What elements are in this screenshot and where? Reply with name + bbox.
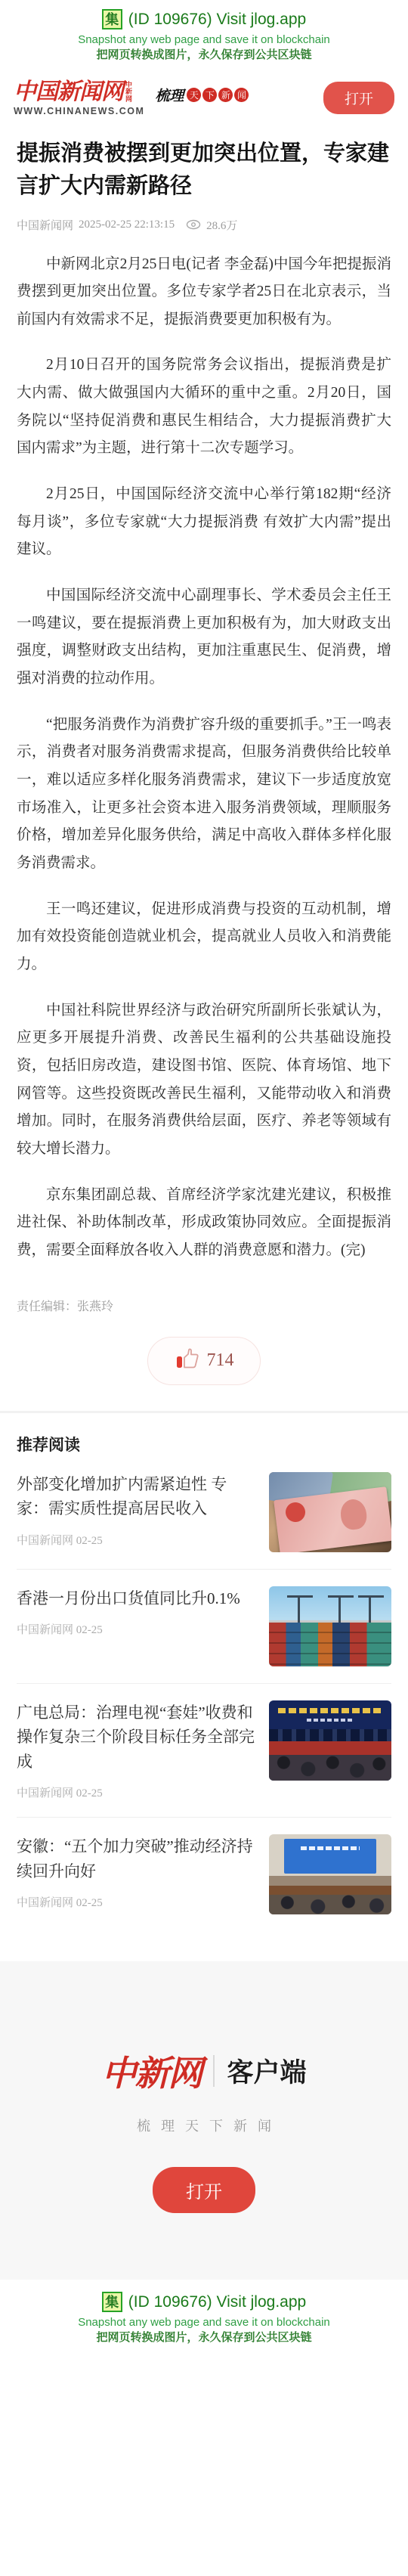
jlog-logo-icon: 集 bbox=[102, 9, 122, 29]
slogan-seal-4: 闻 bbox=[234, 88, 249, 102]
recommended-item-4[interactable]: 安徽：“五个加力突破”推动经济持续回升向好 中国新闻网 02-25 bbox=[17, 1818, 391, 1931]
footer-divider bbox=[213, 2055, 215, 2087]
article-title: 提振消费被摆到更加突出位置，专家建言扩大内需新路径 bbox=[17, 138, 391, 203]
like-count: 714 bbox=[207, 1350, 234, 1371]
footer-app-label: 客户端 bbox=[227, 2052, 306, 2090]
article-paragraph: 中国社科院世界经济与政治研究所副所长张斌认为，应更多开展提升消费、改善民生福利的… bbox=[17, 997, 391, 1164]
footer-slogan: 梳理天下新闻 bbox=[0, 2116, 408, 2135]
recommended-item-2[interactable]: 香港一月份出口货值同比升0.1% 中国新闻网 02-25 bbox=[17, 1570, 391, 1684]
eye-icon bbox=[186, 219, 201, 230]
recommended-source: 中国新闻网 02-25 bbox=[17, 1532, 257, 1548]
recommended-title: 广电总局：治理电视“套娃”收费和操作复杂三个阶段目标任务全部完成 bbox=[17, 1700, 257, 1775]
view-count: 28.6万 bbox=[206, 217, 237, 233]
chinanews-logo-side-text: 中新网 bbox=[125, 82, 132, 103]
article-paragraph: “把服务消费作为消费扩容升级的重要抓手。”王一鸣表示，消费者对服务消费需求提高，… bbox=[17, 711, 391, 878]
open-app-button-header[interactable]: 打开 bbox=[323, 82, 394, 114]
article-paragraph: 王一鸣还建议，促进形成消费与投资的互动机制，增加有效投资能创造就业机会，提高就业… bbox=[17, 896, 391, 979]
banknotes-thumbnail-image bbox=[269, 1472, 391, 1552]
press-conference-thumbnail-image bbox=[269, 1834, 391, 1914]
jlog-banner-subtitle-cn: 把网页转换成图片，永久保存到公共区块链 bbox=[0, 2329, 408, 2345]
thumbs-up-icon bbox=[175, 1347, 200, 1374]
recommended-source: 中国新闻网 02-25 bbox=[17, 1621, 257, 1637]
article-body: 中新网北京2月25日电(记者 李金磊)中国今年把提振消费摆到更加突出位置。多位专… bbox=[17, 251, 391, 1265]
jlog-banner-subtitle-en: Snapshot any web page and save it on blo… bbox=[0, 2316, 408, 2329]
slogan-graphic: 梳理 天 下 新 闻 bbox=[155, 85, 249, 105]
chinanews-logo-text: 中国新闻网 bbox=[14, 80, 123, 104]
jlog-logo-icon: 集 bbox=[102, 2292, 122, 2312]
editor-credit: 责任编辑：张燕玲 bbox=[17, 1297, 391, 1314]
slogan-seal-3: 新 bbox=[218, 88, 233, 102]
recommended-item-3[interactable]: 广电总局：治理电视“套娃”收费和操作复杂三个阶段目标任务全部完成 中国新闻网 0… bbox=[17, 1684, 391, 1818]
chinanews-url: WWW.CHINANEWS.COM bbox=[14, 106, 144, 116]
slogan-seal-1: 天 bbox=[187, 88, 201, 102]
recommended-source: 中国新闻网 02-25 bbox=[17, 1894, 257, 1910]
chinanews-logo[interactable]: 中国新闻网 中新网 WWW.CHINANEWS.COM bbox=[14, 80, 144, 116]
article-paragraph: 中新网北京2月25日电(记者 李金磊)中国今年把提振消费摆到更加突出位置。多位专… bbox=[17, 251, 391, 334]
article-meta: 中国新闻网 2025-02-25 22:13:15 28.6万 bbox=[17, 217, 391, 233]
open-app-button-footer[interactable]: 打开 bbox=[153, 2167, 255, 2213]
footer-logo-text: 中新网 bbox=[101, 2046, 201, 2096]
recommended-title: 安徽：“五个加力突破”推动经济持续回升向好 bbox=[17, 1834, 257, 1883]
jlog-banner-bottom[interactable]: 集 (ID 109676) Visit jlog.app Snapshot an… bbox=[0, 2280, 408, 2355]
recommended-heading: 推荐阅读 bbox=[17, 1433, 391, 1455]
like-button[interactable]: 714 bbox=[147, 1337, 261, 1385]
recommended-title: 外部变化增加扩内需紧迫性 专家：需实质性提高居民收入 bbox=[17, 1472, 257, 1521]
article-source: 中国新闻网 bbox=[17, 217, 73, 233]
recommended-item-1[interactable]: 外部变化增加扩内需紧迫性 专家：需实质性提高居民收入 中国新闻网 02-25 bbox=[17, 1455, 391, 1570]
section-divider bbox=[0, 1411, 408, 1413]
site-header: 中国新闻网 中新网 WWW.CHINANEWS.COM 梳理 天 下 新 闻 打… bbox=[0, 70, 408, 124]
meeting-thumbnail-image bbox=[269, 1700, 391, 1781]
recommended-section: 推荐阅读 外部变化增加扩内需紧迫性 专家：需实质性提高居民收入 中国新闻网 02… bbox=[0, 1433, 408, 1932]
article-paragraph: 2月10日召开的国务院常务会议指出，提振消费是扩大内需、做大做强国内大循环的重中… bbox=[17, 352, 391, 463]
article-datetime: 2025-02-25 22:13:15 bbox=[79, 219, 175, 231]
article-paragraph: 京东集团副总裁、首席经济学家沈建光建议，积极推进社保、补助体制改革，形成政策协同… bbox=[17, 1182, 391, 1265]
article-paragraph: 2月25日，中国国际经济交流中心举行第182期“经济每月谈”，多位专家就“大力提… bbox=[17, 481, 391, 564]
jlog-banner-subtitle-en: Snapshot any web page and save it on blo… bbox=[0, 33, 408, 46]
article-paragraph: 中国国际经济交流中心副理事长、学术委员会主任王一鸣建议，要在提振消费上更加积极有… bbox=[17, 582, 391, 693]
jlog-banner-top[interactable]: 集 (ID 109676) Visit jlog.app Snapshot an… bbox=[0, 0, 408, 70]
recommended-title: 香港一月份出口货值同比升0.1% bbox=[17, 1586, 257, 1611]
jlog-banner-subtitle-cn: 把网页转换成图片，永久保存到公共区块链 bbox=[0, 46, 408, 62]
recommended-source: 中国新闻网 02-25 bbox=[17, 1784, 257, 1800]
jlog-banner-title: (ID 109676) Visit jlog.app bbox=[128, 2293, 306, 2311]
container-port-thumbnail-image bbox=[269, 1586, 391, 1666]
jlog-banner-title: (ID 109676) Visit jlog.app bbox=[128, 11, 306, 29]
app-promo-footer: 中新网 客户端 梳理天下新闻 打开 bbox=[0, 1961, 408, 2280]
slogan-seal-2: 下 bbox=[202, 88, 217, 102]
